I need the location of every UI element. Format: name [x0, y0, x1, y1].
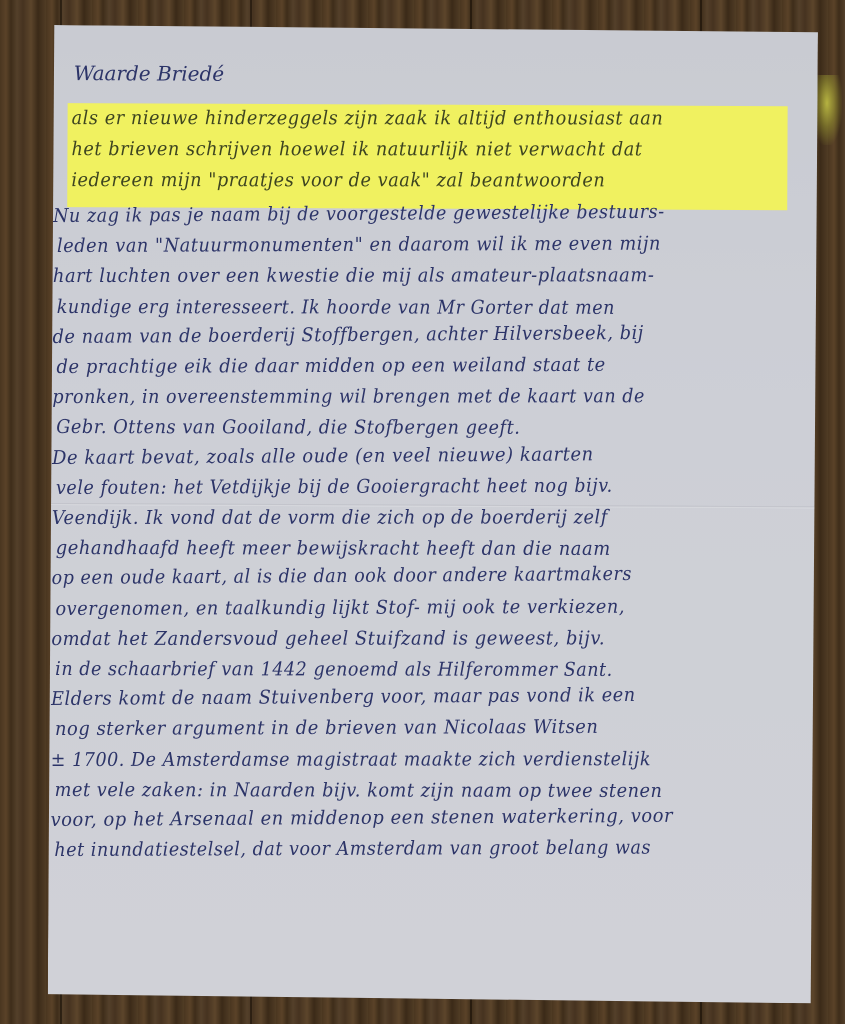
- body-line: pronken, in overeenstemming wil brengen …: [52, 385, 645, 408]
- highlighted-line: het brieven schrijven hoewel ik natuurli…: [71, 138, 642, 160]
- body-line: op een oude kaart, al is die dan ook doo…: [52, 563, 632, 589]
- body-line: De kaart bevat, zoals alle oude (en veel…: [52, 443, 594, 469]
- body-line: Veendijk. Ik vond dat de vorm die zich o…: [52, 506, 608, 529]
- body-line: gehandhaafd heeft meer bewijskracht heef…: [56, 537, 611, 560]
- body-line: ± 1700. De Amsterdamse magistraat maakte…: [51, 748, 651, 771]
- body-line: omdat het Zandersvoud geheel Stuifzand i…: [51, 627, 605, 650]
- body-line: hart luchten over een kwestie die mij al…: [53, 265, 655, 288]
- letter-sheet: Waarde Briedé als er nieuwe hinderzeggel…: [48, 25, 818, 1003]
- body-line: de naam van de boerderij Stoffbergen, ac…: [53, 322, 644, 348]
- salutation: Waarde Briedé: [74, 61, 224, 86]
- body-line: kundige erg interesseert. Ik hoorde van …: [57, 296, 615, 319]
- body-line: nog sterker argument in de brieven van N…: [55, 716, 599, 740]
- body-line: Gebr. Ottens van Gooiland, die Stofberge…: [56, 416, 520, 439]
- body-line: in de schaarbrief van 1442 genoemd als H…: [55, 658, 613, 681]
- body-line: Elders komt de naam Stuivenberg voor, ma…: [51, 684, 636, 710]
- body-line: het inundatiestelsel, dat voor Amsterdam…: [54, 837, 651, 861]
- body-line: de prachtige eik die daar midden op een …: [56, 354, 605, 378]
- body-line: overgenomen, en taalkundig lijkt Stof- m…: [55, 595, 625, 619]
- highlighted-line: iedereen mijn "praatjes voor de vaak" za…: [71, 169, 605, 191]
- body-line: met vele zaken: in Naarden bijv. komt zi…: [55, 779, 663, 802]
- body-line: voor, op het Arsenaal en middenop een st…: [50, 805, 673, 831]
- highlighted-lines: als er nieuwe hinderzeggels zijn zaak ik…: [52, 25, 818, 28]
- body-line: vele fouten: het Vetdijkje bij de Gooier…: [56, 474, 613, 498]
- body-line: leden van "Natuurmonumenten" en daarom w…: [57, 233, 661, 257]
- highlighted-line: als er nieuwe hinderzeggels zijn zaak ik…: [72, 107, 664, 129]
- body-line: Nu zag ik pas je naam bij de voorgesteld…: [53, 201, 665, 227]
- letter-body: Nu zag ik pas je naam bij de voorgesteld…: [52, 25, 818, 28]
